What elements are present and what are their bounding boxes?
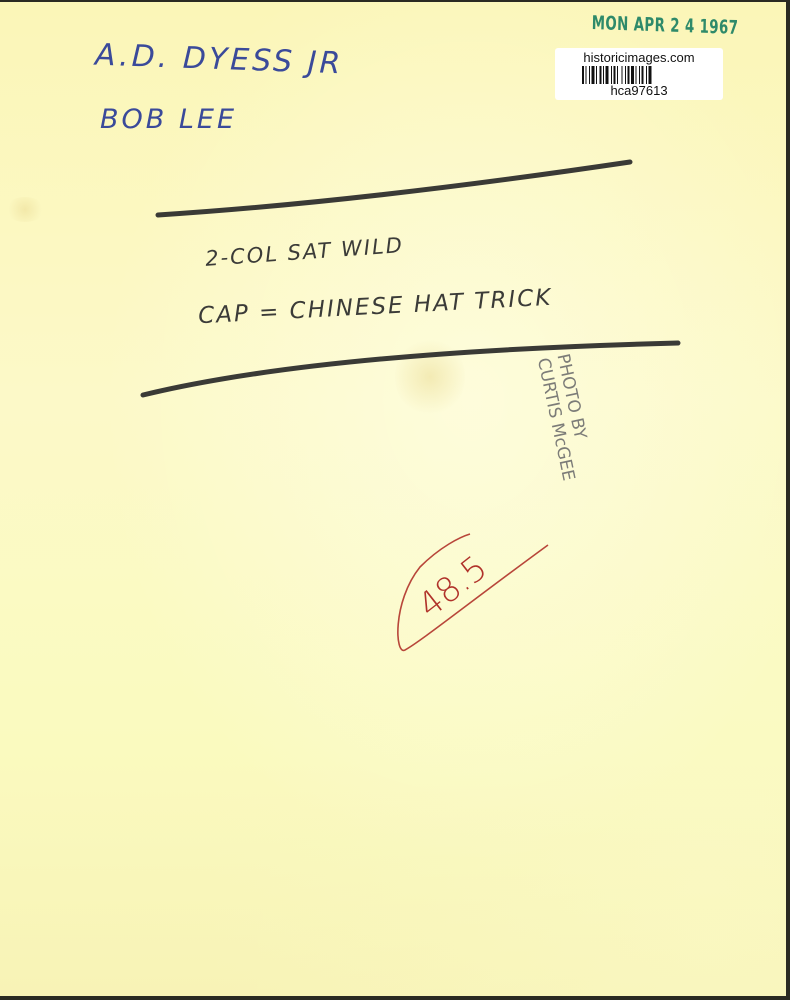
photo-back-sheet: MON APR 2 4 1967 historicimages.com hca9… [0, 2, 786, 996]
marker-lines [0, 2, 786, 996]
